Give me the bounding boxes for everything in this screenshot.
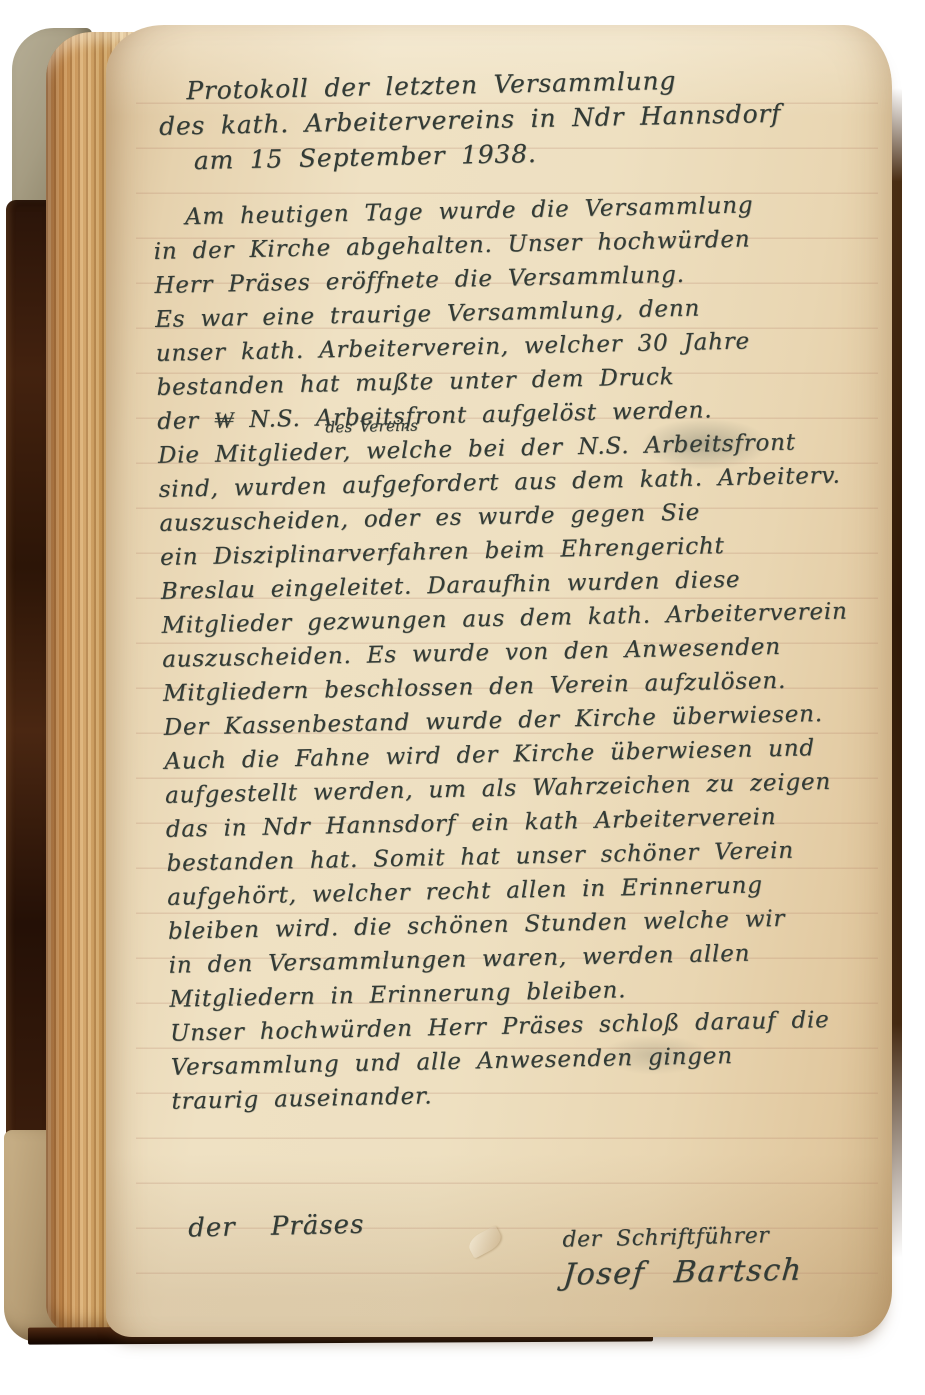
signature-block-schriftfuehrer: der Schriftführer Josef Bartsch: [562, 1221, 803, 1296]
protocol-heading: Protokoll der letzten Versammlung des ka…: [150, 59, 884, 179]
signature-name: Josef Bartsch: [562, 1251, 805, 1296]
insertion-note: des Vereins: [325, 418, 418, 435]
signature-praeses: der Präses: [188, 1210, 365, 1244]
book-photo: Protokoll der letzten Versammlung des ka…: [0, 0, 925, 1395]
protocol-body: Am heutigen Tage wurde die Versammlung i…: [153, 186, 904, 1119]
manuscript-text: Protokoll der letzten Versammlung des ka…: [150, 59, 908, 1334]
